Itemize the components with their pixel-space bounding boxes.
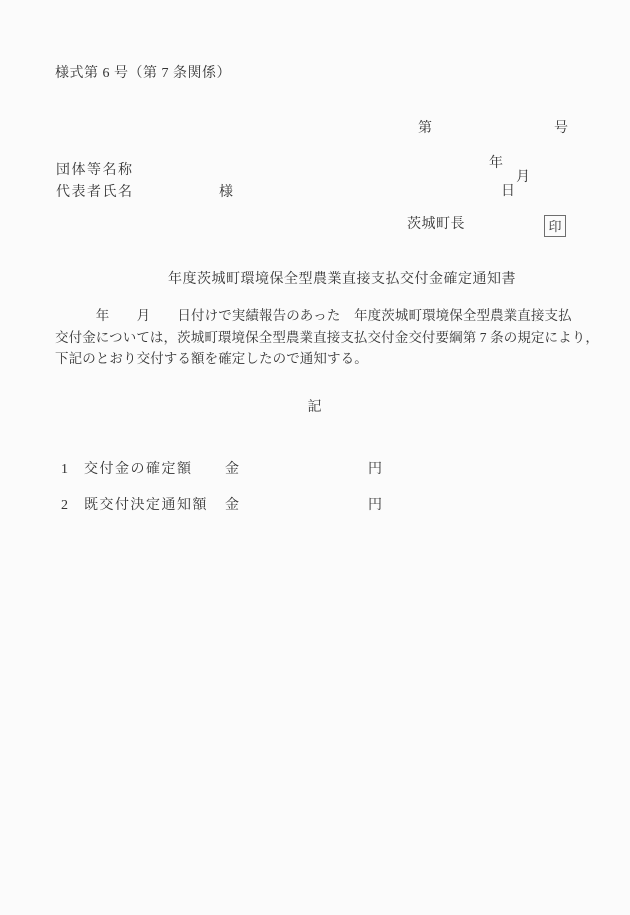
date-year-label: 年 <box>489 156 503 171</box>
date-day-label: 日 <box>501 184 515 199</box>
doc-number-suffix: 号 <box>554 122 568 136</box>
item-row-1: 1 交付金の確定額 金 円 <box>61 463 401 479</box>
item-amount-prefix: 金 <box>225 499 239 513</box>
item-amount-prefix: 金 <box>225 463 239 477</box>
honorific-label: 様 <box>219 186 233 200</box>
item-label: 既交付決定通知額 <box>84 499 208 513</box>
item-amount-suffix: 円 <box>368 463 382 477</box>
item-row-2: 2 既交付決定通知額 金 円 <box>61 499 401 515</box>
item-label: 交付金の確定額 <box>84 463 193 477</box>
ki-heading: 記 <box>0 401 630 415</box>
date-line: 年 月 日 <box>475 143 530 213</box>
body-line-3: 下記のとおり交付する額を確定したので通知する。 <box>55 352 368 366</box>
issuer-title: 茨城町長 <box>407 218 465 232</box>
item-number: 1 <box>61 463 68 477</box>
seal-box: 印 <box>544 215 566 237</box>
form-number-label: 様式第 6 号（第 7 条関係） <box>55 67 231 81</box>
body-line-1: 年 月 日付けで実績報告のあった 年度茨城町環境保全型農業直接支払 <box>55 309 572 323</box>
org-name-label: 団体等名称 <box>56 164 134 178</box>
body-line-2: 交付金については，茨城町環境保全型農業直接支払交付金交付要綱第 7 条の規定によ… <box>55 331 599 345</box>
date-month-label: 月 <box>516 170 530 185</box>
document-page: 様式第 6 号（第 7 条関係） 第 号 年 月 日 団体等名称 代表者氏名 様… <box>0 0 630 915</box>
item-amount-suffix: 円 <box>368 499 382 513</box>
document-title: 年度茨城町環境保全型農業直接支払交付金確定通知書 <box>168 273 516 287</box>
representative-name-label: 代表者氏名 <box>56 186 134 200</box>
doc-number-line: 第 号 <box>418 122 568 136</box>
item-number: 2 <box>61 499 68 513</box>
doc-number-prefix: 第 <box>418 122 432 136</box>
seal-label: 印 <box>548 220 561 233</box>
